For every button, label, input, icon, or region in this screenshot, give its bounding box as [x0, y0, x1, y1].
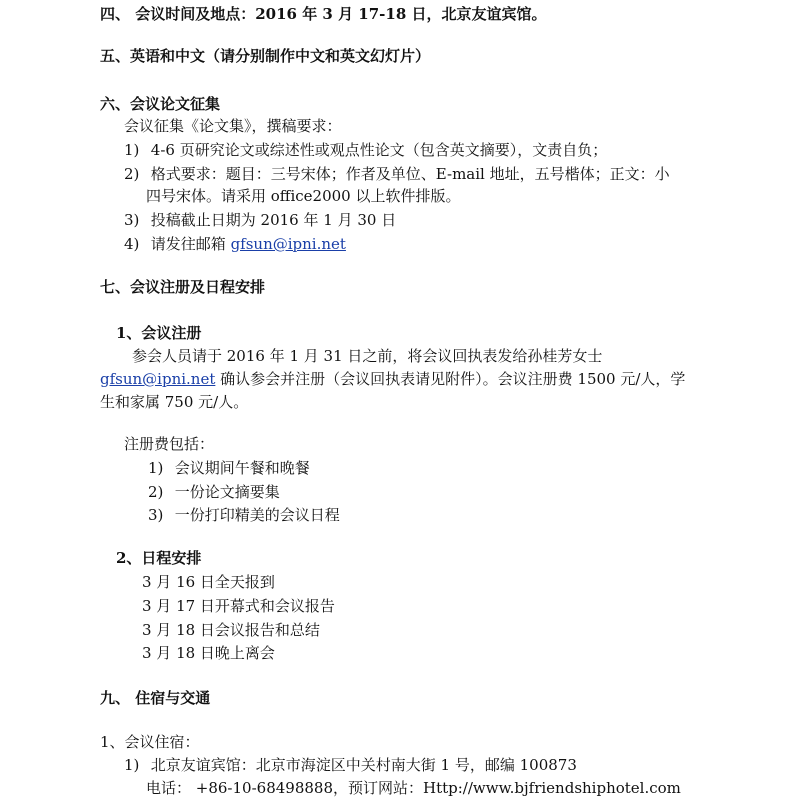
item-text: 投稿截止日期为 2016 年 1 月 30 日	[151, 211, 396, 229]
fee-item: 2) 一份论文摘要集	[148, 482, 280, 502]
item-text: 会议期间午餐和晚餐	[175, 459, 310, 477]
hotel-item: 1) 北京友谊宾馆：北京市海淀区中关村南大街 1 号，邮编 100873	[124, 755, 577, 775]
item-number: 3)	[148, 505, 170, 525]
schedule-item: 3 月 17 日开幕式和会议报告	[142, 596, 335, 616]
paper-req-item: 3) 投稿截止日期为 2016 年 1 月 30 日	[124, 210, 396, 230]
item-text: 请发往邮箱	[151, 235, 231, 253]
item-number: 1)	[124, 755, 146, 775]
schedule-item: 3 月 18 日晚上离会	[142, 643, 275, 663]
item-number: 1)	[148, 458, 170, 478]
email-link[interactable]: gfsun@ipni.net	[100, 370, 215, 388]
section-5-language: 五、英语和中文（请分别制作中文和英文幻灯片）	[100, 46, 430, 66]
section-6-intro: 会议征集《论文集》，撰稿要求：	[124, 116, 342, 136]
item-text: 一份打印精美的会议日程	[175, 506, 340, 524]
registration-text-line: gfsun@ipni.net 确认参会并注册（会议回执表请见附件）。会议注册费 …	[100, 369, 685, 389]
item-number: 2)	[124, 164, 146, 184]
paper-req-item: 1) 4-6 页研究论文或综述性或观点性论文（包含英文摘要），文责自负；	[124, 140, 607, 160]
schedule-item: 3 月 18 日会议报告和总结	[142, 620, 320, 640]
item-text: 4-6 页研究论文或综述性或观点性论文（包含英文摘要），文责自负；	[151, 141, 607, 159]
section-6-title: 六、会议论文征集	[100, 94, 220, 114]
hotel-address: 北京友谊宾馆：北京市海淀区中关村南大街 1 号，邮编 100873	[151, 756, 577, 774]
registration-text-line: 生和家属 750 元/人。	[100, 392, 248, 412]
item-number: 3)	[124, 210, 146, 230]
section-4-time-location: 四、 会议时间及地点：2016 年 3 月 17-18 日，北京友谊宾馆。	[100, 4, 547, 24]
item-number: 4)	[124, 234, 146, 254]
fee-label: 注册费包括：	[124, 434, 214, 454]
fee-item: 3) 一份打印精美的会议日程	[148, 505, 340, 525]
section-7-title: 七、会议注册及日程安排	[100, 277, 265, 297]
item-text: 一份论文摘要集	[175, 483, 280, 501]
accommodation-subtitle: 1、会议住宿：	[100, 732, 200, 752]
paper-req-item: 4) 请发往邮箱 gfsun@ipni.net	[124, 234, 346, 254]
paper-req-item-continued: 四号宋体。请采用 office2000 以上软件排版。	[146, 186, 460, 206]
paper-req-item: 2) 格式要求：题目：三号宋体；作者及单位、E-mail 地址，五号楷体；正文：…	[124, 164, 670, 184]
schedule-title: 2、日程安排	[116, 548, 201, 568]
item-number: 2)	[148, 482, 170, 502]
email-link[interactable]: gfsun@ipni.net	[231, 235, 346, 253]
registration-text-line: 参会人员请于 2016 年 1 月 31 日之前，将会议回执表发给孙桂芳女士	[132, 346, 602, 366]
section-9-title: 九、 住宿与交通	[100, 688, 210, 708]
registration-title: 1、会议注册	[116, 323, 201, 343]
schedule-item: 3 月 16 日全天报到	[142, 572, 275, 592]
hotel-contact: 电话： +86-10-68498888，预订网站：Http://www.bjfr…	[146, 778, 681, 798]
registration-text: 确认参会并注册（会议回执表请见附件）。会议注册费 1500 元/人，学	[215, 370, 685, 388]
item-number: 1)	[124, 140, 146, 160]
item-text: 格式要求：题目：三号宋体；作者及单位、E-mail 地址，五号楷体；正文：小	[151, 165, 670, 183]
fee-item: 1) 会议期间午餐和晚餐	[148, 458, 310, 478]
